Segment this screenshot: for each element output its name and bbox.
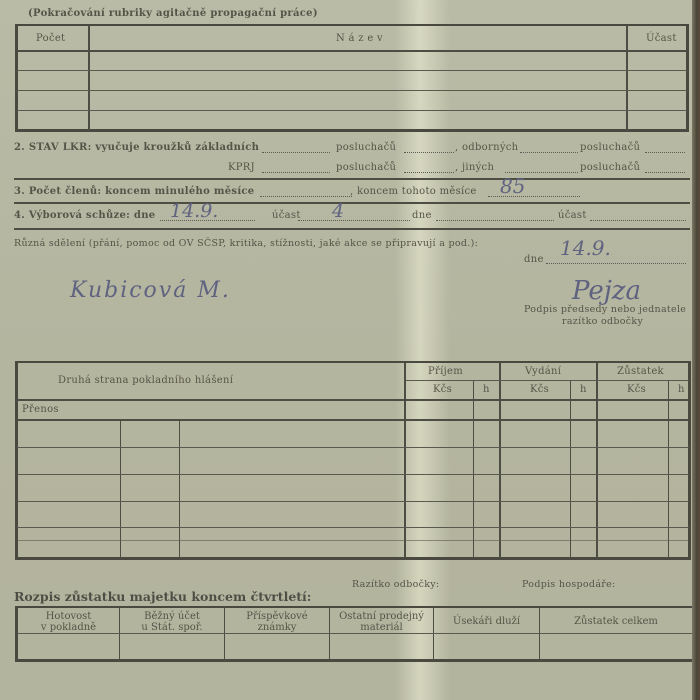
meeting-attendance-2-field[interactable]: [590, 220, 686, 221]
professional-listeners-field[interactable]: [645, 152, 685, 153]
row-line: [17, 447, 689, 448]
members-this-month-value: 85: [500, 174, 525, 198]
balance-header: Zůstatek: [617, 366, 664, 377]
activity-attendance-field[interactable]: [628, 52, 686, 69]
end-this-month-label: , koncem tohoto měsíce: [350, 186, 477, 197]
row-line: [17, 399, 689, 401]
manager-signature-label: Podpis hospodáře:: [522, 579, 616, 590]
total-balance-field[interactable]: [541, 635, 691, 659]
message-date-field[interactable]: [546, 263, 686, 264]
section2-label: 2. STAV LKR: vyučuje kroužků základních: [14, 142, 259, 153]
header-attendance: Účast: [646, 33, 677, 44]
other-courses-field[interactable]: [505, 172, 578, 173]
row-line: [17, 540, 689, 541]
divider: [404, 363, 406, 558]
savings-account-header: Běžný účet u Stát. spoř.: [120, 611, 224, 633]
basic-courses-field[interactable]: [262, 152, 330, 153]
section-divider: [14, 202, 690, 204]
h-header: h: [678, 384, 685, 395]
income-header: Příjem: [428, 366, 463, 377]
attendance-label: účast: [272, 210, 301, 221]
carryover-label: Přenos: [22, 404, 59, 415]
section-debts-field[interactable]: [435, 635, 538, 659]
date-label: dne: [412, 210, 432, 221]
continuation-title: (Pokračování rubriky agitačně propagační…: [28, 8, 318, 19]
members-last-month-field[interactable]: [260, 196, 352, 197]
cash-on-hand-field[interactable]: [18, 635, 118, 659]
branch-stamp-label: Razítko odbočky:: [352, 579, 439, 590]
other-listeners-field[interactable]: [645, 172, 685, 173]
divider: [626, 26, 628, 130]
other-label: , jiných: [455, 162, 494, 173]
row-line: [17, 501, 689, 502]
header-count: Počet: [36, 33, 65, 44]
listeners-label: posluchačů: [336, 162, 396, 173]
h-header: h: [580, 384, 587, 395]
section4-label: 4. Výborová schůze: dne: [14, 210, 155, 221]
kcs-header: Kčs: [433, 384, 452, 395]
section-divider: [14, 178, 690, 180]
divider: [596, 363, 598, 558]
kcs-header: Kčs: [530, 384, 549, 395]
contribution-stamps-field[interactable]: [226, 635, 328, 659]
other-material-field[interactable]: [331, 635, 432, 659]
row-line: [17, 633, 692, 634]
cash-on-hand-header: Hotovost v pokladně: [18, 611, 119, 633]
listeners-label: posluchačů: [336, 142, 396, 153]
kcs-header: Kčs: [627, 384, 646, 395]
divider: [499, 363, 501, 558]
divider: [473, 380, 474, 558]
page-edge: [692, 0, 700, 700]
meeting-date-value: 14.9.: [170, 200, 218, 222]
divider: [88, 26, 90, 130]
listeners-label: posluchačů: [580, 162, 640, 173]
header-name: N á z e v: [336, 33, 383, 44]
stamp-caption: razítko odbočky: [562, 316, 643, 327]
cash-entry-row[interactable]: [17, 421, 403, 446]
section3-label: 3. Počet členů: koncem minulého měsíce: [14, 186, 254, 197]
row-line: [17, 110, 687, 111]
row-line: [17, 90, 687, 91]
meeting-attendance-value: 4: [332, 200, 344, 222]
message-date-value: 14.9.: [560, 236, 611, 260]
activity-count-field[interactable]: [17, 52, 87, 69]
contribution-stamps-header: Příspěvkové známky: [225, 611, 329, 633]
breakdown-title: Rozpis zůstatku majetku koncem čtvrtletí…: [14, 589, 311, 604]
listeners-label: posluchačů: [580, 142, 640, 153]
chairman-signature: Pejza: [572, 276, 641, 306]
basic-listeners-field[interactable]: [404, 152, 454, 153]
row-line: [17, 527, 689, 528]
row-line: [17, 474, 689, 475]
attendance-label: účast: [558, 210, 587, 221]
kprj-courses-field[interactable]: [262, 172, 330, 173]
form-page: (Pokračování rubriky agitačně propagační…: [0, 0, 692, 700]
cash-report-table: [15, 361, 691, 560]
professional-label: , odborných: [455, 142, 518, 153]
professional-courses-field[interactable]: [520, 152, 578, 153]
kprj-listeners-field[interactable]: [404, 172, 454, 173]
meeting-attendance-field[interactable]: [298, 220, 410, 221]
signature-caption: Podpis předsedy nebo jednatele: [524, 304, 686, 315]
h-header: h: [483, 384, 490, 395]
messages-handwritten: Kubicová M.: [70, 278, 231, 303]
savings-account-field[interactable]: [121, 635, 223, 659]
activity-name-field[interactable]: [90, 52, 625, 69]
divider: [668, 380, 669, 558]
row-line: [406, 380, 689, 381]
section-debts-header: Úsekáři dluží: [434, 616, 539, 627]
expenses-header: Vydání: [525, 366, 561, 377]
row-line: [17, 70, 687, 71]
section-divider: [14, 228, 690, 230]
messages-label: Různá sdělení (přání, pomoc od OV SČSP, …: [14, 238, 478, 249]
meeting-date-2-field[interactable]: [436, 220, 554, 221]
kprj-label: KPRJ: [228, 162, 255, 173]
other-material-header: Ostatní prodejný materiál: [330, 611, 433, 633]
message-date-label: dne: [524, 254, 544, 265]
cash-table-title: Druhá strana pokladního hlášení: [58, 375, 233, 386]
divider: [570, 380, 571, 558]
total-balance-header: Zůstatek celkem: [540, 616, 692, 627]
